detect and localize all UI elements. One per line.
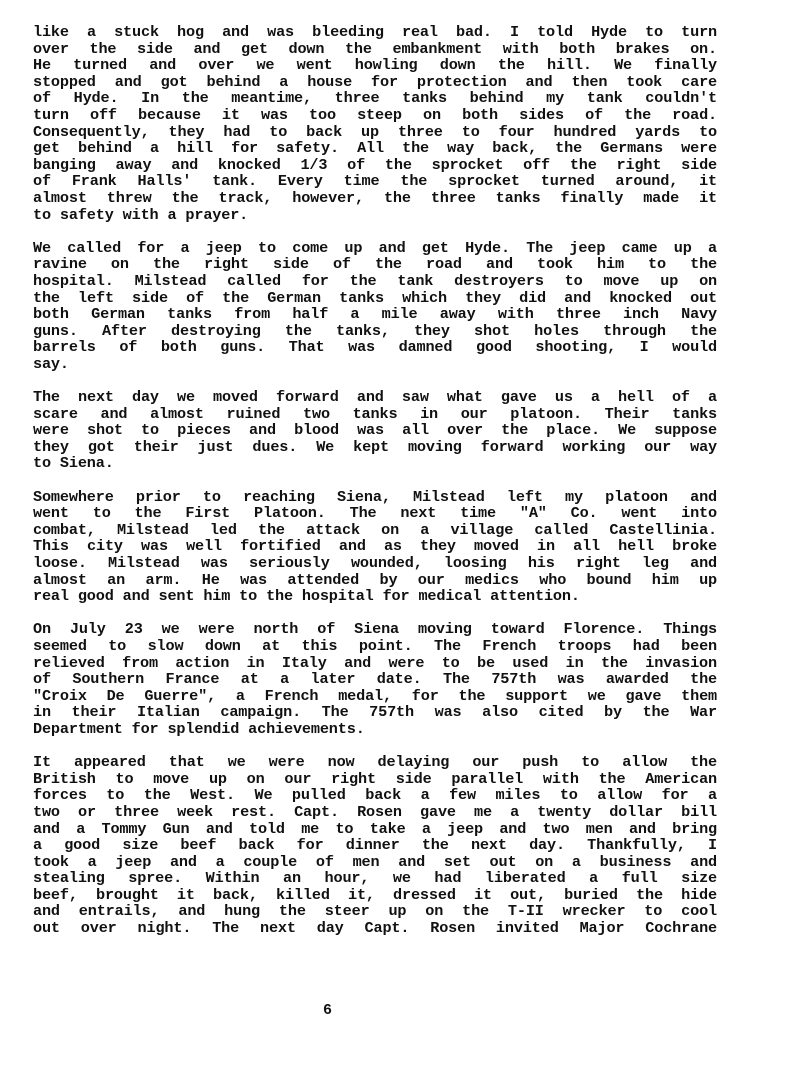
text-line: to Siena. [33, 455, 717, 472]
text-line-content: were shot to pieces and blood was all ov… [33, 422, 717, 439]
text-line-content: went to the First Platoon. The next time… [33, 505, 717, 522]
text-line-content: to safety with a prayer. [33, 207, 717, 224]
text-line: were shot to pieces and blood was all ov… [33, 422, 717, 439]
document-body: like a stuck hog and was bleeding real b… [33, 24, 717, 953]
text-line: say. [33, 356, 717, 373]
text-line-content: "Croix De Guerre", a French medal, for t… [33, 688, 717, 705]
text-line: This city was well fortified and as they… [33, 538, 717, 555]
text-line-content: both German tanks from half a mile away … [33, 306, 717, 323]
text-line: took a jeep and a couple of men and set … [33, 854, 717, 871]
paragraph: We called for a jeep to come up and get … [33, 240, 717, 373]
page-number: 6 [323, 1002, 332, 1019]
text-line: scare and almost ruined two tanks in our… [33, 406, 717, 423]
text-line: almost an arm. He was attended by our me… [33, 572, 717, 589]
text-line: both German tanks from half a mile away … [33, 306, 717, 323]
text-line-content: they got their just dues. We kept moving… [33, 439, 717, 456]
text-line-content: This city was well fortified and as they… [33, 538, 717, 555]
text-line: almost threw the track, however, the thr… [33, 190, 717, 207]
paragraph: like a stuck hog and was bleeding real b… [33, 24, 717, 223]
text-line-content: took a jeep and a couple of men and set … [33, 854, 717, 871]
text-line-content: like a stuck hog and was bleeding real b… [33, 24, 717, 41]
text-line: went to the First Platoon. The next time… [33, 505, 717, 522]
text-line: in their Italian campaign. The 757th was… [33, 704, 717, 721]
text-line-content: out over night. The next day Capt. Rosen… [33, 920, 717, 937]
text-line-content: real good and sent him to the hospital f… [33, 588, 717, 605]
text-line-content: We called for a jeep to come up and get … [33, 240, 717, 257]
text-line-content: and entrails, and hung the steer up on t… [33, 903, 717, 920]
text-line: stopped and got behind a house for prote… [33, 74, 717, 91]
text-line: get behind a hill for safety. All the wa… [33, 140, 717, 157]
text-line: loose. Milstead was seriously wounded, l… [33, 555, 717, 572]
text-line: they got their just dues. We kept moving… [33, 439, 717, 456]
text-line-content: almost an arm. He was attended by our me… [33, 572, 717, 589]
text-line: barrels of both guns. That was damned go… [33, 339, 717, 356]
text-line: to safety with a prayer. [33, 207, 717, 224]
text-line-content: of Hyde. In the meantime, three tanks be… [33, 90, 717, 107]
text-line: stealing spree. Within an hour, we had l… [33, 870, 717, 887]
text-line: guns. After destroying the tanks, they s… [33, 323, 717, 340]
text-line-content: say. [33, 356, 717, 373]
text-line: the left side of the German tanks which … [33, 290, 717, 307]
text-line: On July 23 we were north of Siena moving… [33, 621, 717, 638]
text-line: like a stuck hog and was bleeding real b… [33, 24, 717, 41]
text-line: of Southern France at a later date. The … [33, 671, 717, 688]
text-line: Consequently, they had to back up three … [33, 124, 717, 141]
text-line: forces to the West. We pulled back a few… [33, 787, 717, 804]
text-line-content: of Frank Halls' tank. Every time the spr… [33, 173, 717, 190]
paragraph: Somewhere prior to reaching Siena, Milst… [33, 489, 717, 605]
text-line: ravine on the right side of the road and… [33, 256, 717, 273]
text-line-content: hospital. Milstead called for the tank d… [33, 273, 717, 290]
text-line: of Frank Halls' tank. Every time the spr… [33, 173, 717, 190]
text-line: turn off because it was too steep on bot… [33, 107, 717, 124]
text-line: two or three week rest. Capt. Rosen gave… [33, 804, 717, 821]
text-line: It appeared that we were now delaying ou… [33, 754, 717, 771]
text-line-content: to Siena. [33, 455, 717, 472]
text-line-content: combat, Milstead led the attack on a vil… [33, 522, 717, 539]
text-line: beef, brought it back, killed it, dresse… [33, 887, 717, 904]
text-line-content: loose. Milstead was seriously wounded, l… [33, 555, 717, 572]
text-line: combat, Milstead led the attack on a vil… [33, 522, 717, 539]
text-line-content: On July 23 we were north of Siena moving… [33, 621, 717, 638]
text-line: "Croix De Guerre", a French medal, for t… [33, 688, 717, 705]
text-line-content: the left side of the German tanks which … [33, 290, 717, 307]
text-line: He turned and over we went howling down … [33, 57, 717, 74]
text-line-content: Somewhere prior to reaching Siena, Milst… [33, 489, 717, 506]
text-line-content: stopped and got behind a house for prote… [33, 74, 717, 91]
text-line-content: get behind a hill for safety. All the wa… [33, 140, 717, 157]
text-line-content: banging away and knocked 1/3 of the spro… [33, 157, 717, 174]
text-line-content: almost threw the track, however, the thr… [33, 190, 717, 207]
text-line-content: He turned and over we went howling down … [33, 57, 717, 74]
text-line-content: Consequently, they had to back up three … [33, 124, 717, 141]
text-line-content: Department for splendid achievements. [33, 721, 717, 738]
text-line-content: scare and almost ruined two tanks in our… [33, 406, 717, 423]
text-line: a good size beef back for dinner the nex… [33, 837, 717, 854]
text-line-content: two or three week rest. Capt. Rosen gave… [33, 804, 717, 821]
text-line-content: beef, brought it back, killed it, dresse… [33, 887, 717, 904]
text-line: and entrails, and hung the steer up on t… [33, 903, 717, 920]
text-line: British to move up on our right side par… [33, 771, 717, 788]
paragraph: On July 23 we were north of Siena moving… [33, 621, 717, 737]
text-line: over the side and get down the embankmen… [33, 41, 717, 58]
text-line-content: barrels of both guns. That was damned go… [33, 339, 717, 356]
text-line: real good and sent him to the hospital f… [33, 588, 717, 605]
text-line: The next day we moved forward and saw wh… [33, 389, 717, 406]
text-line-content: turn off because it was too steep on bot… [33, 107, 717, 124]
text-line-content: guns. After destroying the tanks, they s… [33, 323, 717, 340]
text-line: relieved from action in Italy and were t… [33, 655, 717, 672]
text-line: hospital. Milstead called for the tank d… [33, 273, 717, 290]
text-line-content: ravine on the right side of the road and… [33, 256, 717, 273]
text-line-content: It appeared that we were now delaying ou… [33, 754, 717, 771]
text-line-content: seemed to slow down at this point. The F… [33, 638, 717, 655]
text-line: Somewhere prior to reaching Siena, Milst… [33, 489, 717, 506]
text-line-content: forces to the West. We pulled back a few… [33, 787, 717, 804]
text-line: banging away and knocked 1/3 of the spro… [33, 157, 717, 174]
text-line: out over night. The next day Capt. Rosen… [33, 920, 717, 937]
text-line-content: stealing spree. Within an hour, we had l… [33, 870, 717, 887]
text-line-content: relieved from action in Italy and were t… [33, 655, 717, 672]
text-line-content: of Southern France at a later date. The … [33, 671, 717, 688]
text-line: We called for a jeep to come up and get … [33, 240, 717, 257]
text-line-content: British to move up on our right side par… [33, 771, 717, 788]
paragraph: It appeared that we were now delaying ou… [33, 754, 717, 937]
text-line: and a Tommy Gun and told me to take a je… [33, 821, 717, 838]
text-line-content: over the side and get down the embankmen… [33, 41, 717, 58]
text-line-content: in their Italian campaign. The 757th was… [33, 704, 717, 721]
text-line: Department for splendid achievements. [33, 721, 717, 738]
text-line-content: a good size beef back for dinner the nex… [33, 837, 717, 854]
text-line-content: The next day we moved forward and saw wh… [33, 389, 717, 406]
text-line-content: and a Tommy Gun and told me to take a je… [33, 821, 717, 838]
text-line: seemed to slow down at this point. The F… [33, 638, 717, 655]
paragraph: The next day we moved forward and saw wh… [33, 389, 717, 472]
text-line: of Hyde. In the meantime, three tanks be… [33, 90, 717, 107]
